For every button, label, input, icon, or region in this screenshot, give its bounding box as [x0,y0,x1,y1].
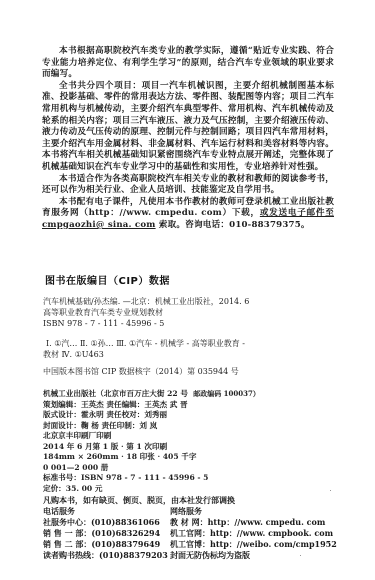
edition: 2014 年 6 月第 1 版 · 第 1 次印刷 [43,442,343,453]
phone-service-heading: 电话服务 [43,506,168,517]
description-paragraph-1: 本书根据高职院校汽车类专业的教学实际，遵循“贴近专业实践、符合专业能力培养定位、… [42,46,334,81]
description-paragraph-4: 本书配有电子课件，凡使用本书作教材的教师可登录机械工业出版社教育服务网（http… [42,197,334,232]
standard-book-number: 标准书号：ISBN 978 - 7 - 111 - 45996 - 5 [43,473,343,484]
web-link[interactable]: 机工官网：http：//www. cmpbook. com [170,528,337,539]
cip-classification-2: 教材 Ⅳ. ①U463 [43,350,343,361]
cip-line-isbn: ISBN 978 - 7 - 111 - 45996 - 5 [43,319,343,330]
phone-service: 电话服务 社服务中心：(010)88361066 销 售 一 部：(010)68… [43,506,168,561]
customer-service: 凡购本书，如有缺页、倒页、脱页，由本社发行部调换 电话服务 社服务中心：(010… [43,495,337,561]
printer: 北京京丰印刷厂印刷 [43,431,343,442]
cip-record-number: 中国版本图书馆 CIP 数据核字（2014）第 035944 号 [43,366,239,377]
web-link[interactable]: 机工官博：http：//weibo. com/cmp1952 [170,539,337,550]
cip-line-title-author: 汽车机械基础/孙杰编. —北京：机械工业出版社，2014. 6 [43,297,343,308]
copyright-page: 本书根据高职院校汽车类专业的教学实际，遵循“贴近专业实践、符合专业能力培养定位、… [0,0,375,580]
cip-line-series: 高等职业教育汽车类专业规划教材 [43,308,343,319]
publisher-layout-proofread: 版式设计：霍永明 责任校对：刘秀丽 [43,410,343,421]
web-service: 网络服务 教 材 网：http：//www. cmpedu. com 机工官网：… [168,506,337,561]
description-paragraph-3: 本书适合作为各类高职院校汽车相关专业的教材和教师的阅读参考书，还可以作为相关行业… [42,174,334,197]
publisher-info: 机械工业出版社（北京市百万庄大街 22 号 邮政编码 100037） 策划编辑：… [43,389,343,494]
web-service-heading: 网络服务 [170,506,337,517]
cip-classification-1: Ⅰ. ①汽… Ⅱ. ①孙… Ⅲ. ①汽车 - 机械学 - 高等职业教育 - [43,339,343,350]
book-description: 本书根据高职院校汽车类专业的教学实际，遵循“贴近专业实践、符合专业能力培养定位、… [42,46,334,232]
publisher-postcode: 邮政编码 100037） [193,389,260,398]
contact-phone-text: 索取。咨询电话：010-88379375。 [156,220,310,230]
price: 定价：35. 00 元 [43,484,343,495]
print-run: 0 001—2 000 册 [43,463,343,474]
anti-counterfeit-notice: 封面无防伪标均为盗版 [170,550,337,561]
format: 184mm × 260mm · 18 印张 · 405 千字 [43,452,343,463]
publisher-address-line: 机械工业出版社（北京市百万庄大街 22 号 邮政编码 100037） [43,389,343,400]
publisher-address: 机械工业出版社（北京市百万庄大街 22 号 [43,389,188,398]
scan-speck [330,490,331,491]
defect-notice: 凡购本书，如有缺页、倒页、脱页，由本社发行部调换 [43,495,337,506]
phone-row: 销 售 一 部：(010)68326294 [43,528,168,539]
description-paragraph-2: 全书共分四个项目：项目一汽车机械识图，主要介绍机械制图基本标准、投影基础、零件的… [42,81,334,174]
phone-row: 读者购书热线：(010)88379203 [43,550,168,561]
publisher-cover-print: 封面设计：鞠 杨 责任印制：刘 岚 [43,421,343,432]
scan-speck [300,555,301,556]
web-link[interactable]: 教 材 网：http：//www. cmpedu. com [170,517,337,528]
cip-data-block: 汽车机械基础/孙杰编. —北京：机械工业出版社，2014. 6 高等职业教育汽车… [43,297,343,361]
phone-row: 销 售 二 部：(010)88379649 [43,539,168,550]
phone-row: 社服务中心：(010)88361066 [43,517,168,528]
publisher-editors: 策划编辑：王英杰 责任编辑：王英杰 武 晋 [43,400,343,411]
cip-title: 图书在版编目（CIP）数据 [45,272,170,287]
